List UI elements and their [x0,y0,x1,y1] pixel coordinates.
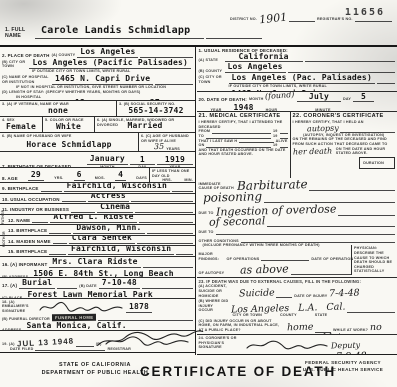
signature-date-value: 7-9-48 [335,351,366,355]
district-no-value: 1901 [259,12,288,26]
age-months: 6 [74,171,85,181]
full-name-label: 1. FULL NAME [5,27,33,39]
footer-right: FEDERAL SECURITY AGENCY U. S. PUBLIC HEA… [293,360,393,374]
veteran-value: none [48,107,68,115]
operation-date-label: DATE OF OPERATION [311,257,353,262]
father-name-label: 12. NAME [8,218,30,223]
spouse-age-value: 35 [154,143,164,151]
race-cell: 5. COLOR OR RACE White [42,117,94,132]
death-day-label: DAY [343,97,351,102]
mother-name-row: 14. MAIDEN NAME Clara Sentek [0,236,195,247]
mother-birthplace-label: 15. BIRTHPLACE [8,249,47,254]
mother-name-label: 14. MAIDEN NAME [8,239,51,244]
birthplace-row: 9. BIRTHPLACE Fairchild, Wisconsin [0,183,195,194]
mother-birthplace-row: 15. BIRTHPLACE Fairchild, Wisconsin [0,246,195,257]
hospital-value: 1465 N. Capri Drive [52,75,153,85]
occupation-row: 10. USUAL OCCUPATION Actress [0,194,195,205]
disposition-block: 17. (a) Burial (b) DATE 7-10-48 (c) PLAC… [0,278,195,299]
industry-line1 [71,211,95,213]
coroner-came-value: her death [292,147,331,156]
birthplace-line1 [41,190,62,192]
marital-cell: 6. (a) SINGLE, MARRIED, WIDOWED OR DIVOR… [94,117,195,132]
death-certificate-scan: 11656 DISTRICT NO. 1901 REGISTRAR'S NO. … [0,0,397,387]
birth-month-value: January [87,155,128,165]
due-to-line2 [216,233,395,235]
disposition-line [57,287,77,289]
of-autopsy-value: as above [240,263,289,275]
major-findings-label: MAJOR FINDINGS: [199,252,225,261]
signature-block: 24. CORONER'S OR PHYSICIAN'S SIGNATURE D… [197,335,397,355]
industry-row: 11. INDUSTRY OR BUSINESS Cinema [0,204,195,215]
age-label: 8. AGE [2,176,18,181]
due-to-value-1b: of seconal [208,215,265,227]
embalmer-license-number: 1878 [126,303,152,313]
filed-line2 [35,349,105,351]
county-value: Los Angeles [77,48,138,58]
physician-note-box: PHYSICIAN: DESCRIBE THE CAUSE TO WHICH D… [351,245,396,275]
deputy-label: Deputy [330,341,359,350]
spouse-age-label: 6. (c) AGE OF HUSBAND OR WIFE IF ALIVE [141,134,193,143]
place-of-death-block: 2. PLACE OF DEATH (a) COUNTY Los Angeles… [0,47,195,101]
coroner-closing: ON THE DATE AND HOUR STATED ABOVE. [336,147,395,156]
father-birthplace-value: Dawson, Minn. [73,225,144,234]
immediate-cause-line1 [309,189,395,191]
immediate-cause-value-2: poisoning [202,190,261,204]
death-date-label: 20. DATE OF DEATH: [199,97,247,102]
left-column: 2. PLACE OF DEATH (a) COUNTY Los Angeles… [0,47,195,353]
father-name-line1 [32,221,48,223]
infant-age-label: IF LESS THAN ONE DAY OLD [152,169,193,178]
infant-min-label: MIN. [184,178,193,182]
informant-value: Mrs. Clara Ridste [49,258,140,268]
birth-year: 1919 YEAR [157,156,193,168]
spouse-name-label: 6. (b) NAME OF HUSBAND OR WIFE [2,134,136,139]
of-autopsy-line [291,273,351,275]
registrar-no-label: REGISTRAR'S NO. [317,17,353,22]
injury-locale-value: home [286,323,313,333]
injury-state-sublabel: STATE [315,313,328,318]
death-month-value: July [297,93,341,102]
residence-city-line [377,82,395,84]
duration-box: DURATION [359,157,395,170]
occupation-label: 10. USUAL OCCUPATION [2,197,60,202]
embalmer-signature-label: 18. (a) EMBALMER'S SIGNATURE [2,300,36,314]
veteran-ssn-block: 3. (a) IF VETERAN, NAME OF WAR none 3. (… [0,101,195,117]
mother-birthplace-value: Fairchild, Wisconsin [68,246,174,255]
injury-where-label: (b) WHERE DID INJURY OCCUR [199,299,229,313]
age-block: 8. AGE 29 YRS. 6 MOS. 4 DAYS IF LESS THA… [0,168,195,183]
death-found-note: (found) [265,92,295,101]
city-note: IF OUTSIDE CITY OR TOWN LIMITS, WRITE RU… [32,69,193,74]
external-kind-line [276,296,292,298]
spouse-name-cell: 6. (b) NAME OF HUSBAND OR WIFE Horace Sc… [0,133,138,151]
sex-cell: 4. SEX Female [0,117,42,132]
embalmer-signature-scrawl [38,301,124,313]
age-days: 4 [115,171,126,181]
death-year-value: 1948 [224,104,264,112]
birthdate-block: 7. BIRTHDATE OF DECEASED January MONTH 1… [0,152,195,168]
injury-where-line [347,311,395,313]
of-autopsy-label: OF AUTOPSY [199,271,225,276]
infant-age-cell: IF LESS THAN ONE DAY OLD HRS. MIN. [149,168,195,182]
residence-state-value: California [225,53,303,62]
mother-side-label: MOTHER [2,231,6,247]
cause-of-death-block: IMMEDIATE CAUSE OF DEATH Barbiturate poi… [197,178,397,278]
residence-state-line [305,60,395,62]
father-side-label: FATHER [1,210,5,225]
footer-agency: FEDERAL SECURITY AGENCY [293,360,393,367]
birthplace-label: 9. BIRTHPLACE [2,186,39,191]
medical-line1: I HEREBY CERTIFY, THAT I ATTENDED THE DE… [199,120,288,129]
while-at-work-value: no [370,323,382,333]
of-operations-line [261,259,309,261]
funeral-home-stamp: FUNERAL HOME [52,314,97,321]
death-day-value: 5 [353,93,374,102]
due-to-line1b [267,225,395,227]
district-no-line [289,20,315,22]
mother-name-line2 [137,242,193,244]
occupation-line2 [131,200,193,202]
age-cell: 8. AGE 29 YRS. 6 MOS. 4 DAYS [0,168,149,182]
right-column: 1. USUAL RESIDENCE OF DECEASED: (a) STAT… [197,47,397,355]
residence-city-label: (c) CITY OR TOWN [199,75,227,84]
birth-day: 1 DAY [130,156,155,168]
industry-value: Cinema [97,204,133,213]
external-causes-block: 23. IF DEATH WAS DUE TO EXTERNAL CAUSES,… [197,278,397,335]
occupation-line1 [62,200,86,202]
disposition-label: 17. (a) [2,283,17,288]
infant-min-line [174,181,182,182]
birth-day-value: 1 [130,156,155,165]
medical-closing: AND THAT DEATH OCCURRED ON THE DATE AND … [199,148,288,157]
sex-value: Female [6,123,36,131]
disposition-date-line [142,287,193,289]
medical-certificate-cell: 21. MEDICAL CERTIFICATE I HEREBY CERTIFY… [197,112,290,178]
residence-county-label: (b) COUNTY [199,69,223,74]
birthplace-value: Fairchild, Wisconsin [64,183,170,192]
spouse-block: 6. (b) NAME OF HUSBAND OR WIFE Horace Sc… [0,133,195,152]
father-name-row: 12. NAME Alfred L. Ridste [0,215,195,226]
funeral-block: 18. (a) EMBALMER'S SIGNATURE 1878 (b) FU… [0,299,195,331]
injury-locale-label: (c) DID INJURY OCCUR IN OR ABOUT HOME, O… [199,319,285,333]
mother-birthplace-line1 [49,253,66,255]
informant-block: 16. (a) INFORMANT Mrs. Clara Ridste (b) … [0,257,195,278]
industry-line2 [135,211,193,213]
residence-city-value: Los Angeles (Pac. Palisades) [229,74,375,84]
coroner-certificate-title: 22. CORONER'S CERTIFICATE [293,113,396,119]
occupation-value: Actress [88,194,129,203]
spouse-age-unit: YEARS [166,147,180,151]
due-to-line1 [338,214,395,216]
external-kind-label: (a) ACCIDENT, SUICIDE OR HOMICIDE [199,284,237,298]
hospital-label: (c) NAME OF HOSPITAL OR INSTITUTION [2,75,50,84]
age-mos-label: MOS. [95,176,105,181]
age-yrs-label: YRS. [54,176,63,181]
father-birthplace-row: 13. BIRTHPLACE Dawson, Minn. [0,225,195,236]
filed-line1 [76,345,94,347]
age-years: 29 [28,171,44,181]
city-value: Los Angeles (Pacific Palisades) [29,59,191,69]
informant-label: 16. (a) INFORMANT [2,262,47,267]
death-month-label: MONTH [249,97,264,102]
father-name-line2 [139,221,193,223]
residence-state-label: (a) STATE [199,58,223,63]
full-name-line [206,37,262,39]
father-name-value: Alfred L. Ridste [50,215,136,224]
funeral-address-value: Santa Monica, Calif. [23,322,129,330]
due-to-label-2: DUE TO [199,230,214,235]
hospital-note: IF NOT IN HOSPITAL OR INSTITUTION, GIVE … [16,85,193,90]
informant-line [143,266,193,268]
residence-block: 1. USUAL RESIDENCE OF DECEASED: (a) STAT… [197,47,397,92]
mother-name-value: Clara Sentek [69,236,135,245]
city-label: (b) CITY OR TOWN [2,60,27,69]
coroner-certificate-cell: 22. CORONER'S CERTIFICATE I HEREBY CERTI… [290,112,397,178]
ssn-cell: 3. (b) SOCIAL SECURITY NO. 565-14-3742 [116,101,195,116]
birthplace-line2 [172,190,193,192]
full-name-row: 1. FULL NAME Carole Landis Schmidlapp [5,26,381,39]
age-days-label: DAYS [136,176,147,181]
spouse-name-value: Horace Schmidlapp [26,141,111,149]
race-value: White [56,123,81,131]
medical-certificate-title: 21. MEDICAL CERTIFICATE [199,113,288,119]
father-birthplace-line1 [49,232,71,234]
of-operations-label: OF OPERATIONS [227,257,260,262]
father-birthplace-label: 13. BIRTHPLACE [8,228,47,233]
infant-hrs-line [152,181,160,182]
district-registrar-row: DISTRICT NO. 1901 REGISTRAR'S NO. [230,11,392,22]
disposition-date-label: (b) DATE [79,284,97,289]
coroner-held-value: autopsy [306,124,338,133]
footer-service: U. S. PUBLIC HEALTH SERVICE [293,367,393,374]
father-birthplace-line2 [147,232,193,234]
injury-date-value: 7-4-48 [329,288,360,298]
spouse-age-cell: 6. (c) AGE OF HUSBAND OR WIFE IF ALIVE 3… [138,133,195,151]
industry-label: 11. INDUSTRY OR BUSINESS [2,207,69,212]
ssn-value: 565-14-3742 [128,107,183,115]
disposition-place-value: Forest Lawn Memorial Park [24,291,155,299]
birth-month: January MONTH [87,155,128,168]
infant-hrs-label: HRS. [162,178,172,182]
residence-county-value: Los Angeles [225,63,286,73]
full-name-value: Carole Landis Schmidlapp [35,26,204,39]
certificates-block: 21. MEDICAL CERTIFICATE I HEREBY CERTIFY… [197,112,397,178]
sex-race-marital-block: 4. SEX Female 5. COLOR OR RACE White 6. … [0,117,195,133]
registrar-no-line [355,20,392,22]
disposition-value: Burial [19,279,55,289]
injury-date-label: DATE OF INJURY [294,294,327,299]
informant-address-value: 1506 E. 84th St., Long Beach [30,270,176,278]
external-kind-value: Suicide [238,288,274,298]
injury-where-value: Los Angeles L.A. Cal. [230,302,345,314]
mother-birthplace-line2 [176,253,193,255]
birth-year-value: 1919 [157,156,193,165]
marital-value: Married [127,122,162,130]
mother-name-line1 [53,242,67,244]
district-no-label: DISTRICT NO. [230,17,257,22]
deputy-signature-scrawl [245,340,329,350]
veteran-cell: 3. (a) IF VETERAN, NAME OF WAR none [0,101,116,116]
death-date-block: 20. DATE OF DEATH: MONTH (found) July DA… [197,92,397,112]
disposition-date-value: 7-10-48 [99,279,140,289]
